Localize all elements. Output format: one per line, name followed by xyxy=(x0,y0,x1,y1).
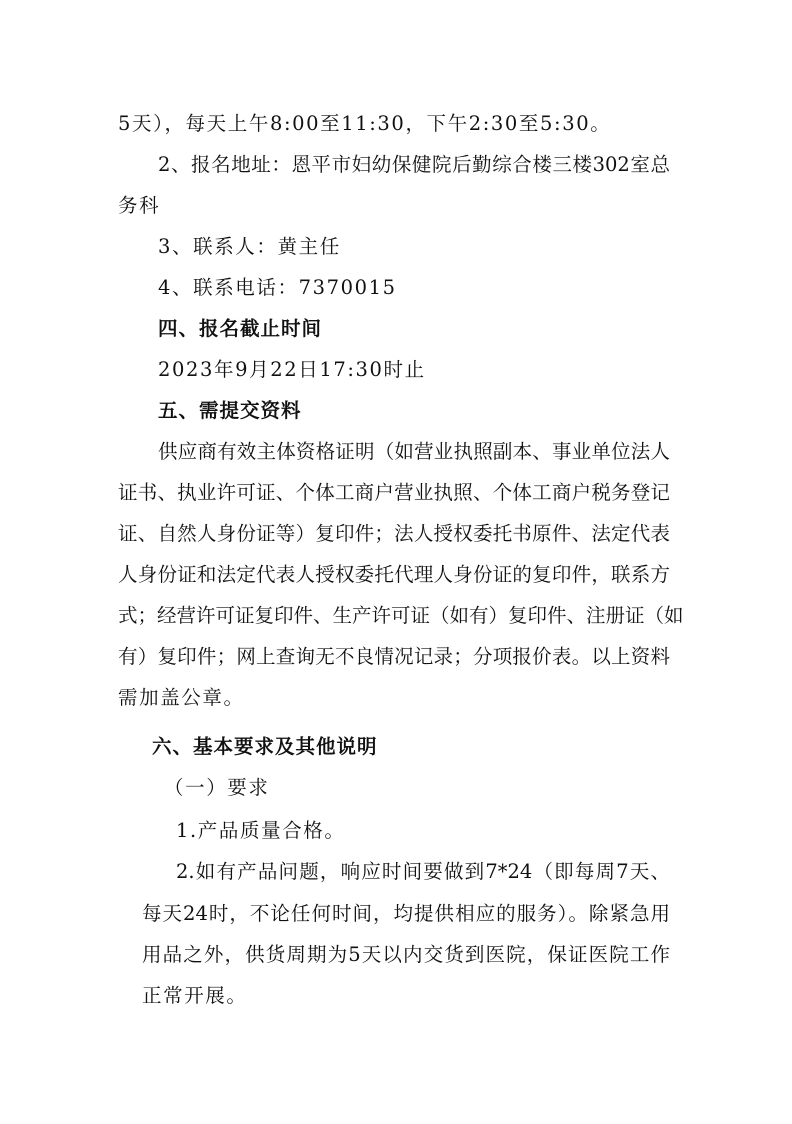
text-line: 用品之外，供货周期为5天以内交货到医院，保证医院工作 xyxy=(142,943,670,967)
text-line: 需加盖公章。 xyxy=(118,686,245,710)
text-line: 式；经营许可证复印件、生产许可证（如有）复印件、注册证（如 xyxy=(118,604,670,628)
requirement-item: 2.如有产品问题，响应时间要做到7*24（即每周7天、 xyxy=(176,860,670,884)
text-line: 每天24时，不论任何时间，均提供相应的服务）。除紧急用 xyxy=(142,902,670,926)
requirement-item: 1.产品质量合格。 xyxy=(176,819,346,843)
deadline-text: 2023年9月22日17:30时止 xyxy=(158,358,426,382)
text-line: 正常开展。 xyxy=(142,984,248,1008)
text-line: 2、报名地址：恩平市妇幼保健院后勤综合楼三楼302室总 xyxy=(158,153,670,177)
section-heading: 五、需提交资料 xyxy=(158,399,302,423)
section-heading: 六、基本要求及其他说明 xyxy=(152,735,378,759)
text-line: 4、联系电话：7370015 xyxy=(158,276,397,300)
text-line: 5天），每天上午8:00至11:30，下午2:30至5:30。 xyxy=(118,112,611,136)
text-line: 3、联系人：黄主任 xyxy=(158,235,341,259)
text-line: 务科 xyxy=(118,194,160,218)
sub-heading: （一）要求 xyxy=(164,776,270,800)
text-line: 供应商有效主体资格证明（如营业执照副本、事业单位法人 xyxy=(158,440,670,464)
text-line: 证、自然人身份证等）复印件；法人授权委托书原件、法定代表 xyxy=(118,522,670,546)
document-page: 5天），每天上午8:00至11:30，下午2:30至5:30。 2、报名地址：恩… xyxy=(0,0,792,1124)
text-line: 人身份证和法定代表人授权委托代理人身份证的复印件，联系方 xyxy=(118,563,670,587)
text-line: 有）复印件；网上查询无不良情况记录；分项报价表。以上资料 xyxy=(118,645,670,669)
section-heading: 四、报名截止时间 xyxy=(158,317,322,341)
text-line: 证书、执业许可证、个体工商户营业执照、个体工商户税务登记 xyxy=(118,481,670,505)
